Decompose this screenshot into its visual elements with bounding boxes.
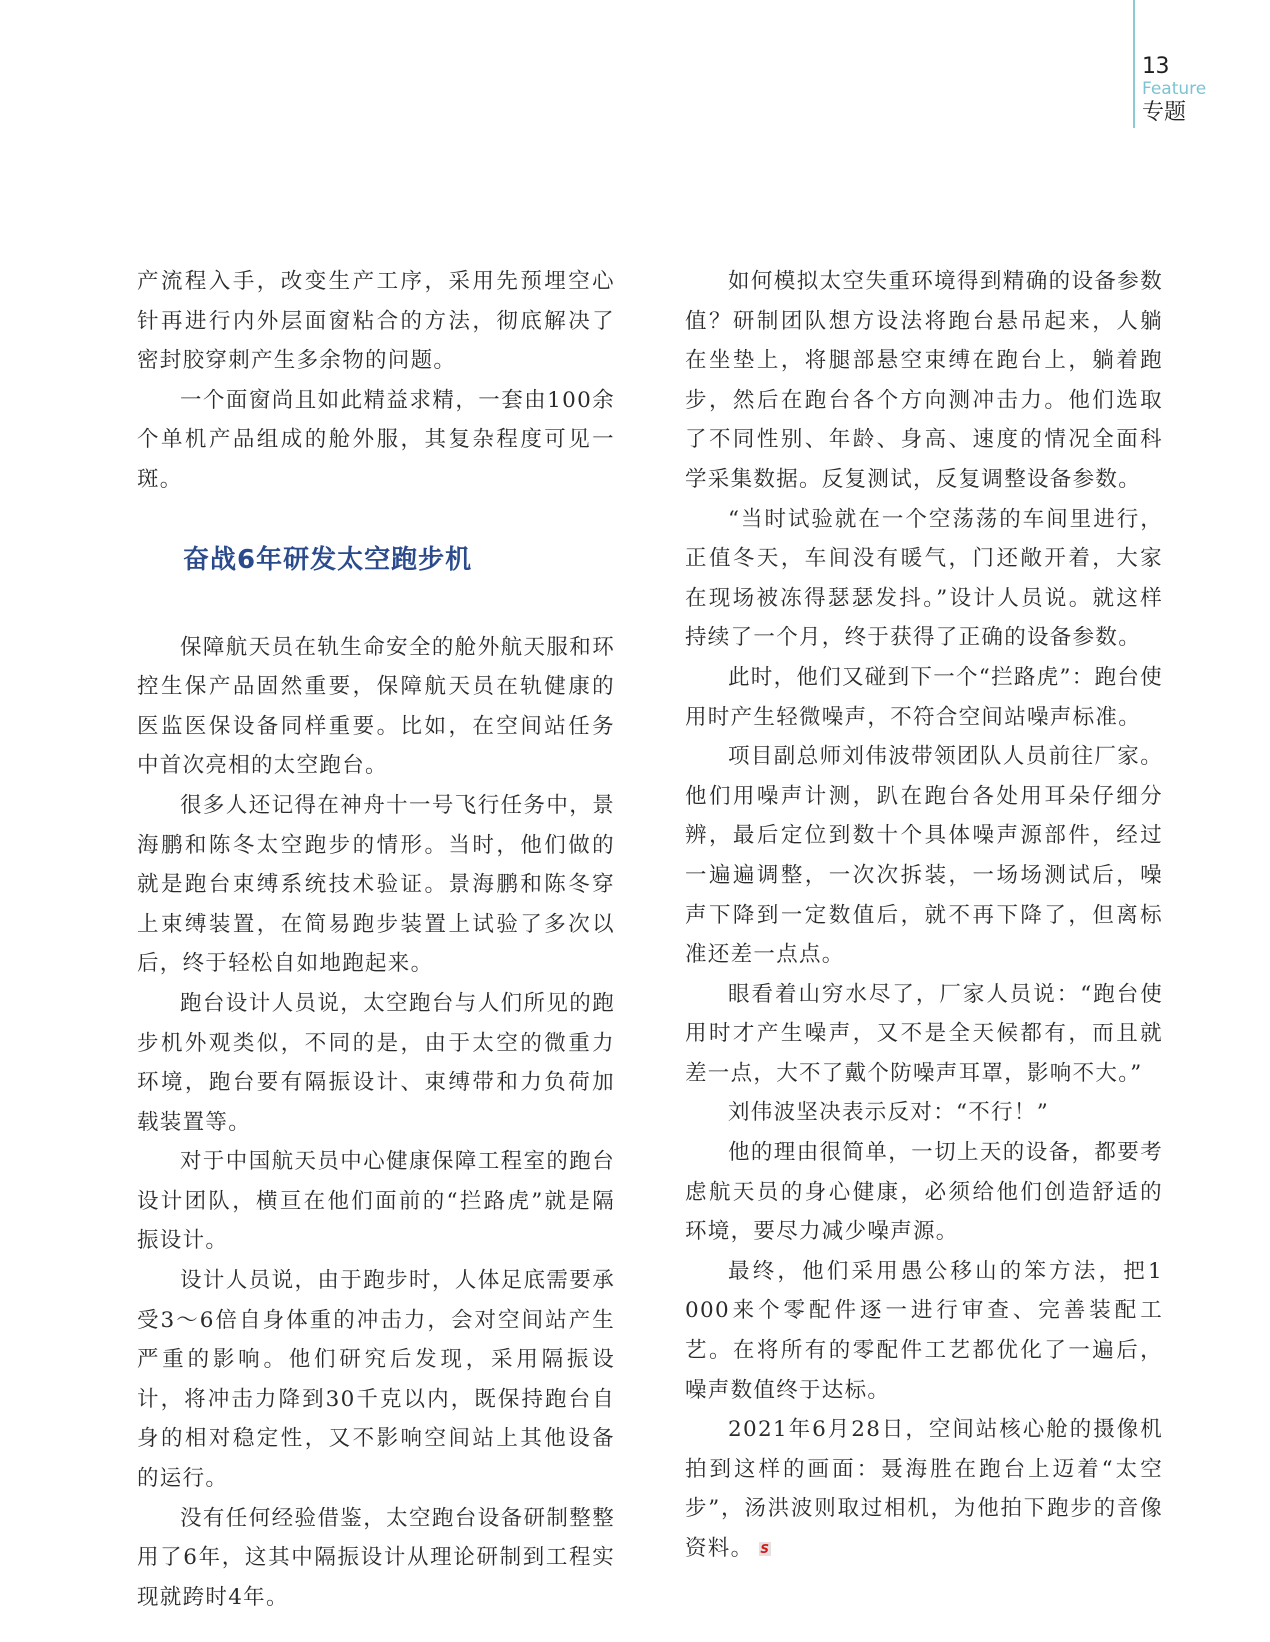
page-header: 13 Feature 专题 [1142, 56, 1206, 124]
paragraph: 跑台设计人员说，太空跑台与人们所见的跑步机外观类似，不同的是，由于太空的微重力环… [137, 984, 615, 1142]
paragraph-final-text: 2021年6月28日，空间站核心舱的摄像机拍到这样的画面：聂海胜在跑台上迈着“太… [685, 1417, 1163, 1561]
paragraph: 没有任何经验借鉴，太空跑台设备研制整整用了6年，这其中隔振设计从理论研制到工程实… [137, 1499, 615, 1618]
paragraph: 很多人还记得在神舟十一号飞行任务中，景海鹏和陈冬太空跑步的情形。当时，他们做的就… [137, 786, 615, 984]
paragraph: 项目副总师刘伟波带领团队人员前往厂家。他们用噪声计测，趴在跑台各处用耳朵仔细分辨… [685, 737, 1163, 975]
paragraph: 眼看着山穷水尽了，厂家人员说：“跑台使用时才产生噪声，又不是全天候都有，而且就差… [685, 975, 1163, 1094]
paragraph: 此时，他们又碰到下一个“拦路虎”：跑台使用时产生轻微噪声，不符合空间站噪声标准。 [685, 658, 1163, 737]
left-column: 产流程入手，改变生产工序，采用先预埋空心针再进行内外层面窗粘合的方法，彻底解决了… [137, 262, 615, 1617]
header-rule [1133, 0, 1135, 128]
paragraph: 他的理由很简单，一切上天的设备，都要考虑航天员的身心健康，必须给他们创造舒适的环… [685, 1133, 1163, 1252]
end-of-article-icon: S [759, 1542, 771, 1556]
paragraph: 一个面窗尚且如此精益求精，一套由100余个单机产品组成的舱外服，其复杂程度可见一… [137, 381, 615, 500]
paragraph: 最终，他们采用愚公移山的笨方法，把1 000来个零配件逐一进行审查、完善装配工艺… [685, 1252, 1163, 1410]
paragraph: “当时试验就在一个空荡荡的车间里进行，正值冬天，车间没有暖气，门还敞开着，大家在… [685, 500, 1163, 658]
section-label-en: Feature [1142, 81, 1206, 98]
paragraph: 产流程入手，改变生产工序，采用先预埋空心针再进行内外层面窗粘合的方法，彻底解决了… [137, 262, 615, 381]
section-label-cn: 专题 [1142, 102, 1206, 124]
paragraph: 如何模拟太空失重环境得到精确的设备参数值？研制团队想方设法将跑台悬吊起来，人躺在… [685, 262, 1163, 500]
paragraph: 保障航天员在轨生命安全的舱外航天服和环控生保产品固然重要，保障航天员在轨健康的医… [137, 628, 615, 786]
page-number: 13 [1142, 56, 1206, 78]
paragraph: 刘伟波坚决表示反对：“不行！” [685, 1093, 1163, 1133]
paragraph: 设计人员说，由于跑步时，人体足底需要承受3～6倍自身体重的冲击力，会对空间站产生… [137, 1261, 615, 1499]
paragraph-final: 2021年6月28日，空间站核心舱的摄像机拍到这样的画面：聂海胜在跑台上迈着“太… [685, 1410, 1163, 1568]
right-column: 如何模拟太空失重环境得到精确的设备参数值？研制团队想方设法将跑台悬吊起来，人躺在… [685, 262, 1163, 1569]
paragraph: 对于中国航天员中心健康保障工程室的跑台设计团队，横亘在他们面前的“拦路虎”就是隔… [137, 1142, 615, 1261]
section-heading: 奋战6年研发太空跑步机 [183, 542, 615, 578]
